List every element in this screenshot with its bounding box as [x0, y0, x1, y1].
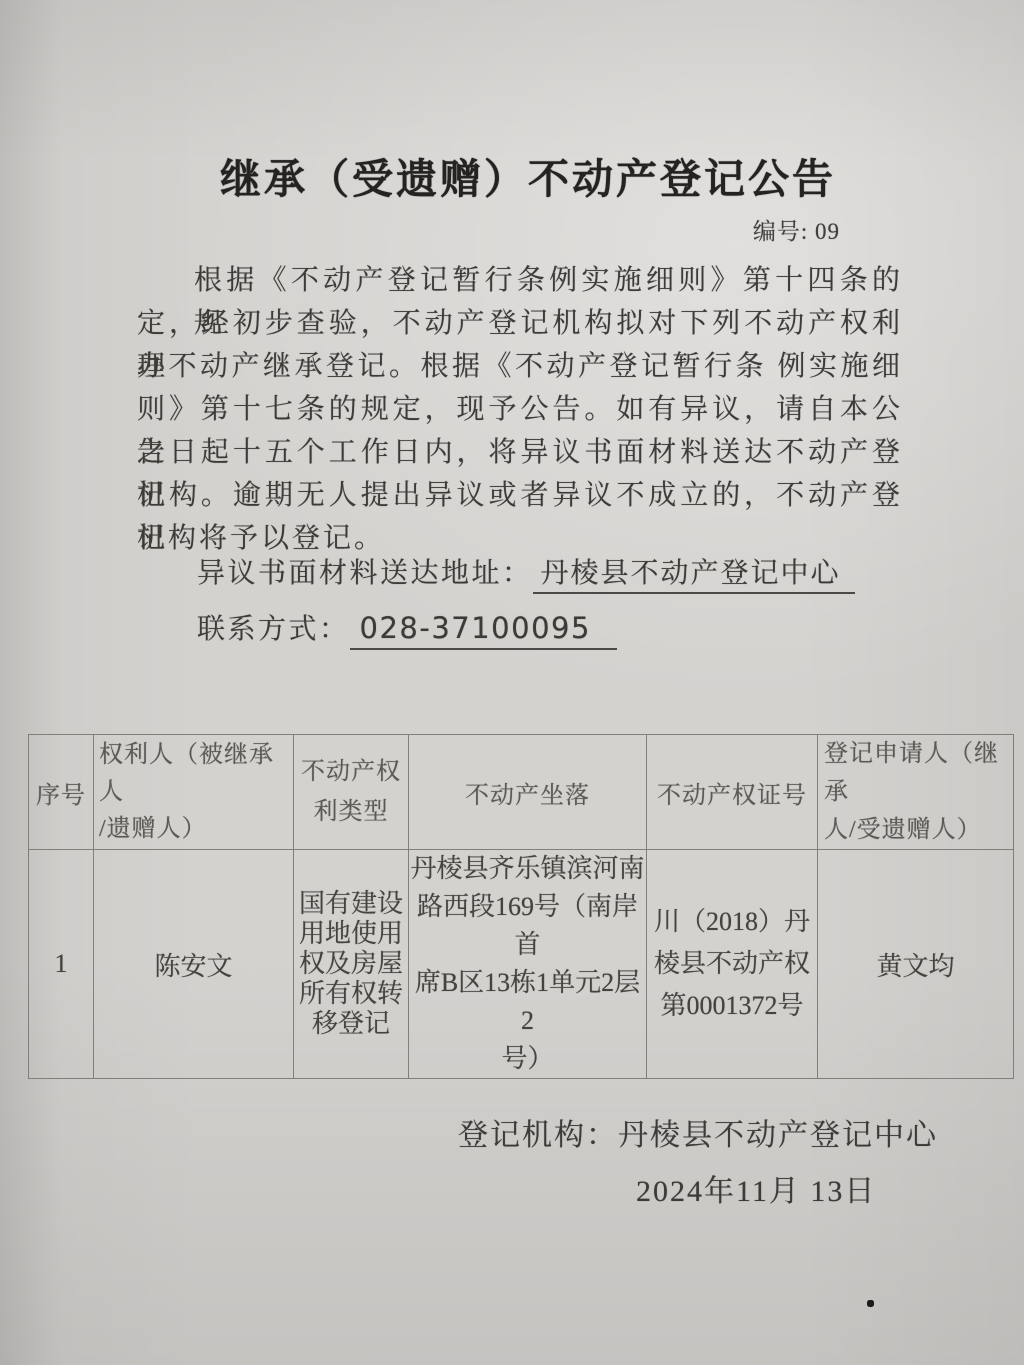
body-line: 理不动产继承登记。根据《不动产登记暂行条 例实施细 — [137, 345, 903, 388]
address-value: 丹棱县不动产登记中心 — [533, 558, 855, 594]
footer-registration-org: 登记机构：丹棱县不动产登记中心 — [458, 1110, 938, 1154]
cell-applicant: 黄文均 — [818, 850, 1014, 1079]
contact-line: 联系方式：028-37100095 — [197, 607, 617, 647]
cell-location: 丹棱县齐乐镇滨河南 路西段169号（南岸首 席B区13栋1单元2层2 号） — [409, 850, 647, 1079]
contact-value: 028-37100095 — [350, 611, 617, 650]
cell-cert-no: 川（2018）丹 棱县不动产权 第0001372号 — [647, 850, 818, 1079]
col-header-right-type: 不动产权 利类型 — [294, 735, 409, 850]
body-line: 则》第十七条的规定，现予公告。如有异议，请自本公告 — [137, 388, 903, 431]
footer-date: 2024年11月 13日 — [636, 1166, 876, 1210]
cell-holder: 陈安文 — [94, 850, 294, 1079]
col-header-seq: 序号 — [29, 735, 94, 850]
registration-table: 序号 权利人（被继承人 /遗赠人） 不动产权 利类型 不动产坐落 不动产权证号 … — [28, 734, 1014, 1079]
body-line: 定，经初步查验，不动产登记机构拟对下列不动产权利办 — [137, 302, 903, 345]
page-title: 继承（受遗赠）不动产登记公告 — [16, 146, 1024, 205]
table-header-row: 序号 权利人（被继承人 /遗赠人） 不动产权 利类型 不动产坐落 不动产权证号 … — [29, 735, 1014, 850]
doc-number: 编号: 09 — [0, 213, 840, 246]
address-label: 异议书面材料送达地址： — [197, 558, 533, 589]
scanned-document: 继承（受遗赠）不动产登记公告 编号: 09 根据《不动产登记暂行条例实施细则》第… — [0, 0, 1024, 1365]
col-header-cert-no: 不动产权证号 — [647, 735, 818, 850]
body-line: 根据《不动产登记暂行条例实施细则》第十四条的规 — [137, 259, 903, 302]
cell-right-type: 国有建设 用地使用 权及房屋 所有权转 移登记 — [294, 850, 409, 1079]
cell-seq: 1 — [29, 850, 94, 1079]
ink-dot — [867, 1300, 874, 1307]
col-header-location: 不动产坐落 — [409, 735, 647, 850]
contact-label: 联系方式： — [197, 614, 350, 645]
body-line: 机构。逾期无人提出异议或者异议不成立的，不动产登记 — [137, 474, 903, 517]
objection-address-line: 异议书面材料送达地址：丹棱县不动产登记中心 — [197, 551, 855, 591]
body-line: 之日起十五个工作日内，将异议书面材料送达不动产登记 — [137, 431, 903, 474]
table-row: 1 陈安文 国有建设 用地使用 权及房屋 所有权转 移登记 丹棱县齐乐镇滨河南 … — [29, 850, 1014, 1079]
col-header-applicant: 登记申请人（继承 人/受遗赠人） — [818, 735, 1014, 850]
notice-body: 根据《不动产登记暂行条例实施细则》第十四条的规 定，经初步查验，不动产登记机构拟… — [137, 259, 903, 560]
col-header-holder: 权利人（被继承人 /遗赠人） — [94, 735, 294, 850]
